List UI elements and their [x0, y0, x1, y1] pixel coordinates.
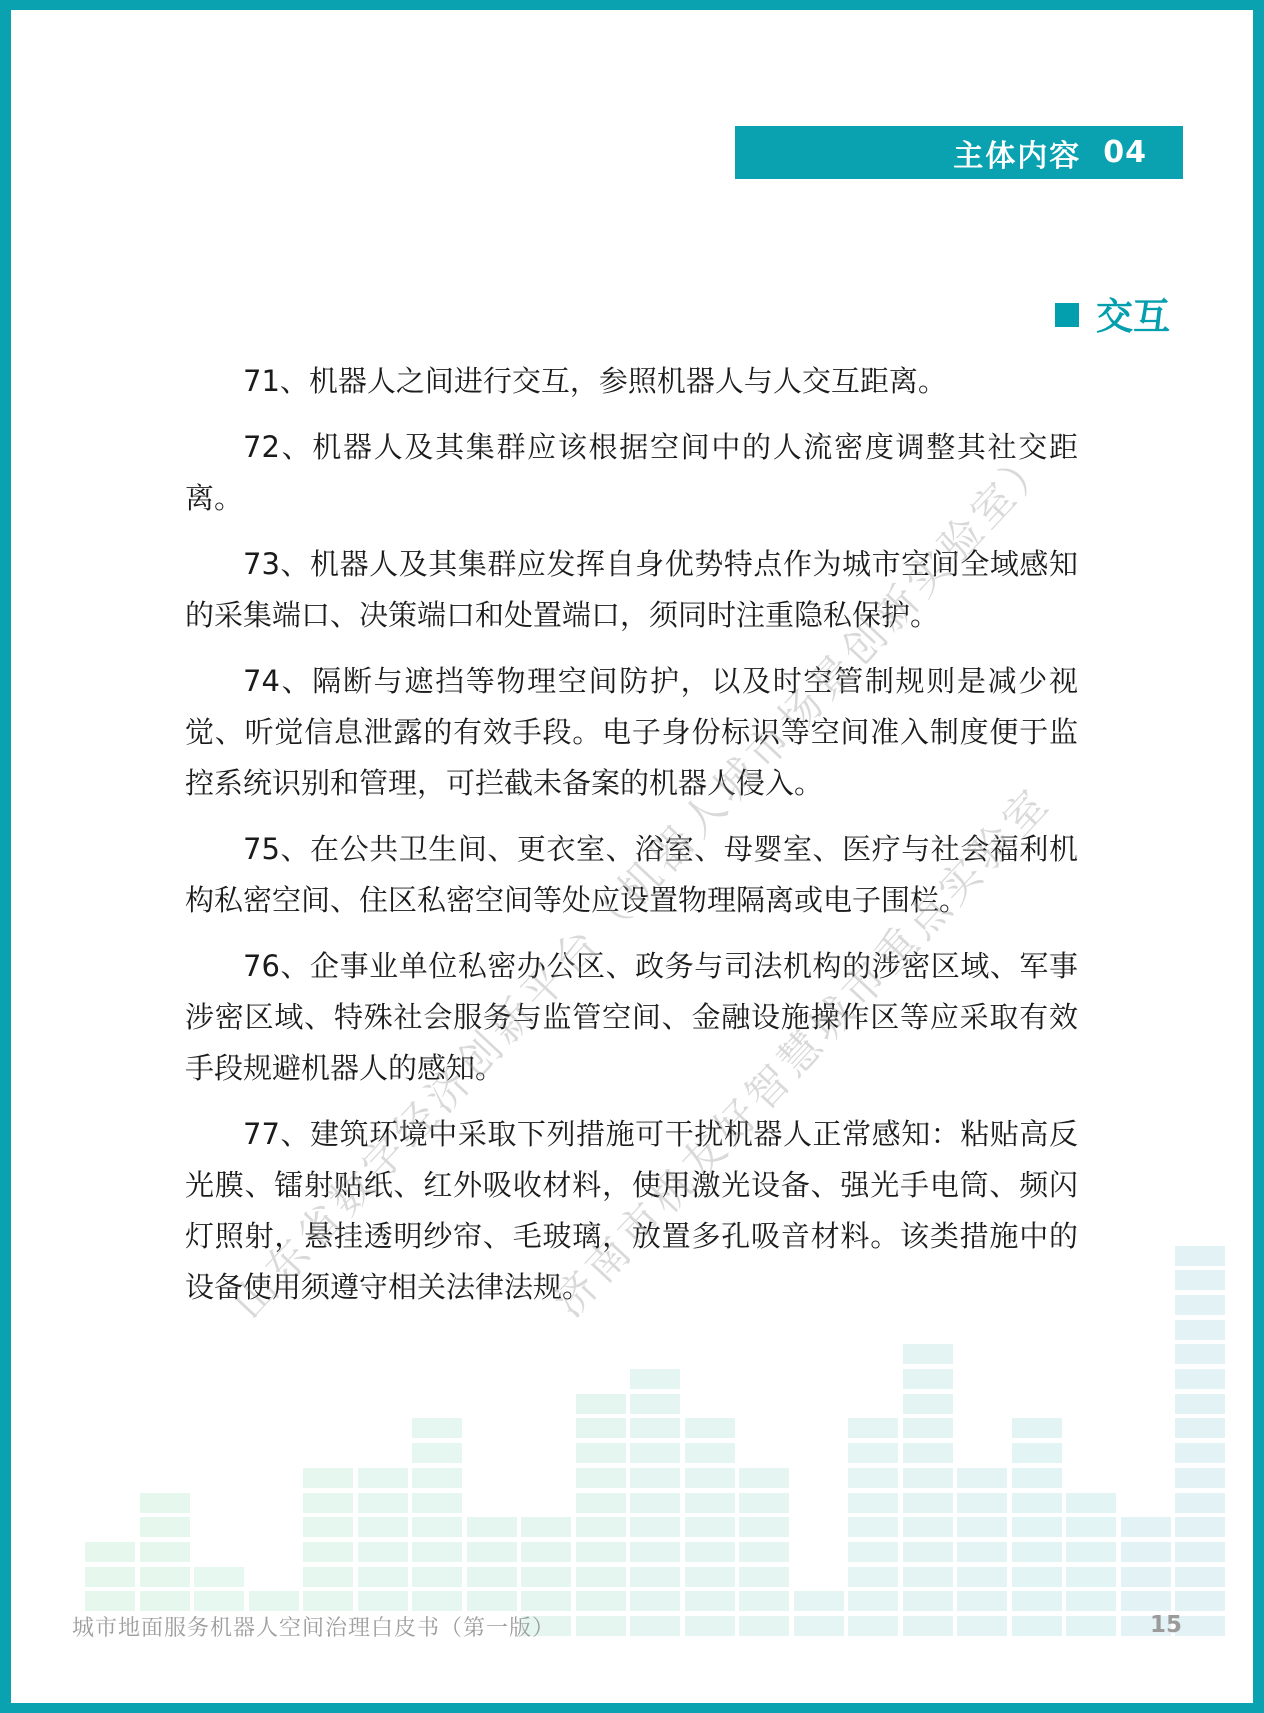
decoration-block: [140, 1567, 190, 1587]
decoration-block: [576, 1517, 626, 1537]
decoration-block: [685, 1616, 735, 1636]
decoration-block: [1175, 1616, 1225, 1636]
decoration-block: [957, 1468, 1007, 1488]
bottom-blocks-decoration: [0, 0, 1264, 1713]
decoration-block: [794, 1591, 844, 1611]
decoration-block: [739, 1567, 789, 1587]
decoration-block: [576, 1394, 626, 1414]
decoration-block: [685, 1443, 735, 1463]
decoration-block: [903, 1567, 953, 1587]
decoration-block: [903, 1616, 953, 1636]
decoration-block: [848, 1468, 898, 1488]
decoration-block: [903, 1394, 953, 1414]
page-number: 15: [1120, 1612, 1182, 1638]
decoration-block: [685, 1542, 735, 1562]
decoration-block: [303, 1591, 353, 1611]
decoration-block: [576, 1591, 626, 1611]
decoration-block: [685, 1567, 735, 1587]
decoration-block: [358, 1542, 408, 1562]
decoration-block: [957, 1493, 1007, 1513]
decoration-block: [1175, 1418, 1225, 1438]
decoration-block: [1175, 1295, 1225, 1315]
decoration-block: [630, 1567, 680, 1587]
decoration-block: [1121, 1591, 1171, 1611]
decoration-block: [685, 1468, 735, 1488]
decoration-block: [1066, 1567, 1116, 1587]
decoration-block: [1175, 1468, 1225, 1488]
decoration-block: [630, 1468, 680, 1488]
decoration-block: [194, 1591, 244, 1611]
decoration-block: [630, 1493, 680, 1513]
decoration-block: [412, 1443, 462, 1463]
decoration-block: [1175, 1394, 1225, 1414]
decoration-block: [1121, 1517, 1171, 1537]
decoration-block: [467, 1517, 517, 1537]
decoration-block: [957, 1567, 1007, 1587]
decoration-block: [140, 1542, 190, 1562]
decoration-block: [467, 1542, 517, 1562]
decoration-block: [685, 1418, 735, 1438]
decoration-block: [249, 1591, 299, 1611]
decoration-block: [140, 1493, 190, 1513]
decoration-block: [685, 1517, 735, 1537]
decoration-block: [1175, 1443, 1225, 1463]
decoration-block: [848, 1591, 898, 1611]
decoration-block: [630, 1517, 680, 1537]
decoration-block: [358, 1493, 408, 1513]
decoration-block: [903, 1468, 953, 1488]
decoration-block: [303, 1542, 353, 1562]
decoration-block: [1012, 1517, 1062, 1537]
decoration-block: [1012, 1493, 1062, 1513]
decoration-block: [630, 1418, 680, 1438]
decoration-block: [85, 1567, 135, 1587]
decoration-block: [903, 1369, 953, 1389]
decoration-block: [630, 1394, 680, 1414]
decoration-block: [412, 1591, 462, 1611]
decoration-block: [576, 1468, 626, 1488]
decoration-block: [85, 1542, 135, 1562]
decoration-block: [848, 1616, 898, 1636]
decoration-block: [957, 1542, 1007, 1562]
decoration-block: [848, 1542, 898, 1562]
decoration-block: [85, 1591, 135, 1611]
decoration-block: [903, 1591, 953, 1611]
decoration-block: [576, 1493, 626, 1513]
decoration-block: [1175, 1591, 1225, 1611]
decoration-block: [521, 1567, 571, 1587]
decoration-block: [903, 1418, 953, 1438]
decoration-block: [576, 1542, 626, 1562]
decoration-block: [739, 1542, 789, 1562]
decoration-block: [194, 1567, 244, 1587]
decoration-block: [576, 1616, 626, 1636]
decoration-block: [1175, 1270, 1225, 1290]
decoration-block: [467, 1567, 517, 1587]
decoration-block: [848, 1443, 898, 1463]
decoration-block: [685, 1591, 735, 1611]
decoration-block: [358, 1517, 408, 1537]
decoration-block: [1175, 1320, 1225, 1340]
decoration-block: [903, 1344, 953, 1364]
decoration-block: [1066, 1591, 1116, 1611]
decoration-block: [1175, 1567, 1225, 1587]
decoration-block: [630, 1616, 680, 1636]
decoration-block: [1121, 1567, 1171, 1587]
decoration-block: [358, 1591, 408, 1611]
decoration-block: [1012, 1542, 1062, 1562]
decoration-block: [521, 1591, 571, 1611]
decoration-block: [957, 1591, 1007, 1611]
decoration-block: [1175, 1542, 1225, 1562]
decoration-block: [140, 1517, 190, 1537]
decoration-block: [1066, 1616, 1116, 1636]
decoration-block: [412, 1493, 462, 1513]
decoration-block: [1012, 1567, 1062, 1587]
decoration-block: [739, 1591, 789, 1611]
decoration-block: [848, 1517, 898, 1537]
decoration-block: [412, 1517, 462, 1537]
decoration-block: [630, 1542, 680, 1562]
decoration-block: [903, 1493, 953, 1513]
decoration-block: [521, 1542, 571, 1562]
decoration-block: [412, 1542, 462, 1562]
decoration-block: [1175, 1493, 1225, 1513]
decoration-block: [630, 1443, 680, 1463]
decoration-block: [957, 1616, 1007, 1636]
decoration-block: [739, 1468, 789, 1488]
decoration-block: [1012, 1468, 1062, 1488]
decoration-block: [467, 1591, 517, 1611]
decoration-block: [794, 1616, 844, 1636]
decoration-block: [303, 1493, 353, 1513]
decoration-block: [140, 1591, 190, 1611]
decoration-block: [412, 1418, 462, 1438]
decoration-block: [903, 1517, 953, 1537]
decoration-block: [630, 1369, 680, 1389]
decoration-block: [903, 1542, 953, 1562]
decoration-block: [848, 1418, 898, 1438]
decoration-block: [1121, 1542, 1171, 1562]
footer-document-title: 城市地面服务机器人空间治理白皮书（第一版）: [72, 1611, 555, 1642]
decoration-block: [412, 1567, 462, 1587]
decoration-block: [303, 1517, 353, 1537]
decoration-block: [412, 1468, 462, 1488]
decoration-block: [1066, 1542, 1116, 1562]
decoration-block: [848, 1567, 898, 1587]
decoration-block: [1012, 1616, 1062, 1636]
decoration-block: [303, 1567, 353, 1587]
decoration-block: [739, 1616, 789, 1636]
decoration-block: [1175, 1246, 1225, 1266]
decoration-block: [576, 1418, 626, 1438]
decoration-block: [1175, 1369, 1225, 1389]
decoration-block: [630, 1591, 680, 1611]
decoration-block: [358, 1567, 408, 1587]
decoration-block: [303, 1468, 353, 1488]
decoration-block: [903, 1443, 953, 1463]
decoration-block: [1012, 1591, 1062, 1611]
decoration-block: [848, 1493, 898, 1513]
decoration-block: [1012, 1443, 1062, 1463]
decoration-block: [1066, 1517, 1116, 1537]
decoration-block: [1175, 1344, 1225, 1364]
decoration-block: [1012, 1418, 1062, 1438]
decoration-block: [739, 1517, 789, 1537]
decoration-block: [1175, 1517, 1225, 1537]
decoration-block: [1066, 1493, 1116, 1513]
decoration-block: [685, 1493, 735, 1513]
decoration-block: [739, 1493, 789, 1513]
decoration-block: [521, 1517, 571, 1537]
decoration-block: [358, 1468, 408, 1488]
decoration-block: [957, 1517, 1007, 1537]
decoration-block: [576, 1443, 626, 1463]
decoration-block: [576, 1567, 626, 1587]
